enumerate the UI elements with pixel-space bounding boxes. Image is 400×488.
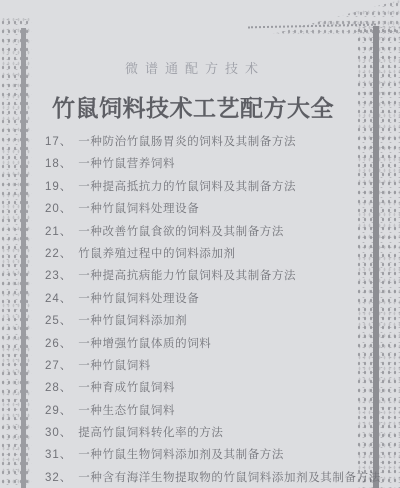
item-text: 一种竹鼠生物饲料添加剂及其制备方法 xyxy=(78,444,284,466)
item-text: 一种竹鼠饲料处理设备 xyxy=(78,198,199,220)
item-number: 25、 xyxy=(45,310,72,332)
list-item: 21、一种改善竹鼠食欲的饲料及其制备方法 xyxy=(45,221,366,243)
list-item: 25、一种竹鼠饲料添加剂 xyxy=(45,310,366,332)
item-number: 20、 xyxy=(45,198,72,220)
item-number: 32、 xyxy=(45,467,72,488)
item-text: 一种竹鼠营养饲料 xyxy=(78,153,175,175)
list-item: 31、一种竹鼠生物饲料添加剂及其制备方法 xyxy=(45,444,366,466)
item-number: 28、 xyxy=(45,377,72,399)
list-item: 32、一种含有海洋生物提取物的竹鼠饲料添加剂及其制备方法 xyxy=(45,467,366,488)
item-number: 21、 xyxy=(45,221,72,243)
toc-list: 17、一种防治竹鼠肠胃炎的饲料及其制备方法18、一种竹鼠营养饲料19、一种提高抵… xyxy=(45,131,366,488)
list-item: 22、竹鼠养殖过程中的饲料添加剂 xyxy=(45,243,366,265)
item-number: 19、 xyxy=(45,176,72,198)
page-right-edge xyxy=(373,26,379,488)
list-item: 17、一种防治竹鼠肠胃炎的饲料及其制备方法 xyxy=(45,131,366,153)
item-text: 一种育成竹鼠饲料 xyxy=(78,377,175,399)
page-left-edge xyxy=(21,28,26,488)
item-text: 一种含有海洋生物提取物的竹鼠饲料添加剂及其制备方法 xyxy=(78,467,381,488)
list-item: 23、一种提高抗病能力竹鼠饲料及其制备方法 xyxy=(45,265,366,287)
item-text: 一种竹鼠饲料添加剂 xyxy=(78,310,187,332)
list-item: 28、一种育成竹鼠饲料 xyxy=(45,377,366,399)
item-text: 一种提高抗病能力竹鼠饲料及其制备方法 xyxy=(78,265,296,287)
page-title: 竹鼠饲料技术工艺配方大全 xyxy=(30,90,356,123)
item-text: 竹鼠养殖过程中的饲料添加剂 xyxy=(78,243,235,265)
item-number: 18、 xyxy=(45,153,72,175)
item-number: 26、 xyxy=(45,333,72,355)
left-edge-noise xyxy=(0,18,32,488)
item-text: 一种防治竹鼠肠胃炎的饲料及其制备方法 xyxy=(78,131,296,153)
scanned-page: 微谱通配方技术 竹鼠饲料技术工艺配方大全 17、一种防治竹鼠肠胃炎的饲料及其制备… xyxy=(0,0,400,488)
list-item: 24、一种竹鼠饲料处理设备 xyxy=(45,288,366,310)
item-text: 提高竹鼠饲料转化率的方法 xyxy=(78,422,223,444)
item-number: 17、 xyxy=(45,131,72,153)
item-text: 一种竹鼠饲料 xyxy=(78,355,151,377)
list-item: 30、提高竹鼠饲料转化率的方法 xyxy=(45,422,366,444)
list-item: 18、一种竹鼠营养饲料 xyxy=(45,153,366,175)
list-item: 27、一种竹鼠饲料 xyxy=(45,355,366,377)
item-text: 一种改善竹鼠食欲的饲料及其制备方法 xyxy=(78,221,284,243)
item-number: 24、 xyxy=(45,288,72,310)
item-text: 一种生态竹鼠饲料 xyxy=(78,400,175,422)
item-number: 27、 xyxy=(45,355,72,377)
watermark-text: 微谱通配方技术 xyxy=(30,58,360,77)
item-number: 29、 xyxy=(45,400,72,422)
item-text: 一种提高抵抗力的竹鼠饲料及其制备方法 xyxy=(78,176,296,198)
item-text: 一种竹鼠饲料处理设备 xyxy=(78,288,199,310)
item-text: 一种增强竹鼠体质的饲料 xyxy=(78,333,211,355)
list-item: 19、一种提高抵抗力的竹鼠饲料及其制备方法 xyxy=(45,176,366,198)
list-item: 20、一种竹鼠饲料处理设备 xyxy=(45,198,366,220)
item-number: 31、 xyxy=(45,444,72,466)
list-item: 29、一种生态竹鼠饲料 xyxy=(45,400,366,422)
list-item: 26、一种增强竹鼠体质的饲料 xyxy=(45,333,366,355)
item-number: 23、 xyxy=(45,265,72,287)
item-number: 30、 xyxy=(45,422,72,444)
item-number: 22、 xyxy=(45,243,72,265)
